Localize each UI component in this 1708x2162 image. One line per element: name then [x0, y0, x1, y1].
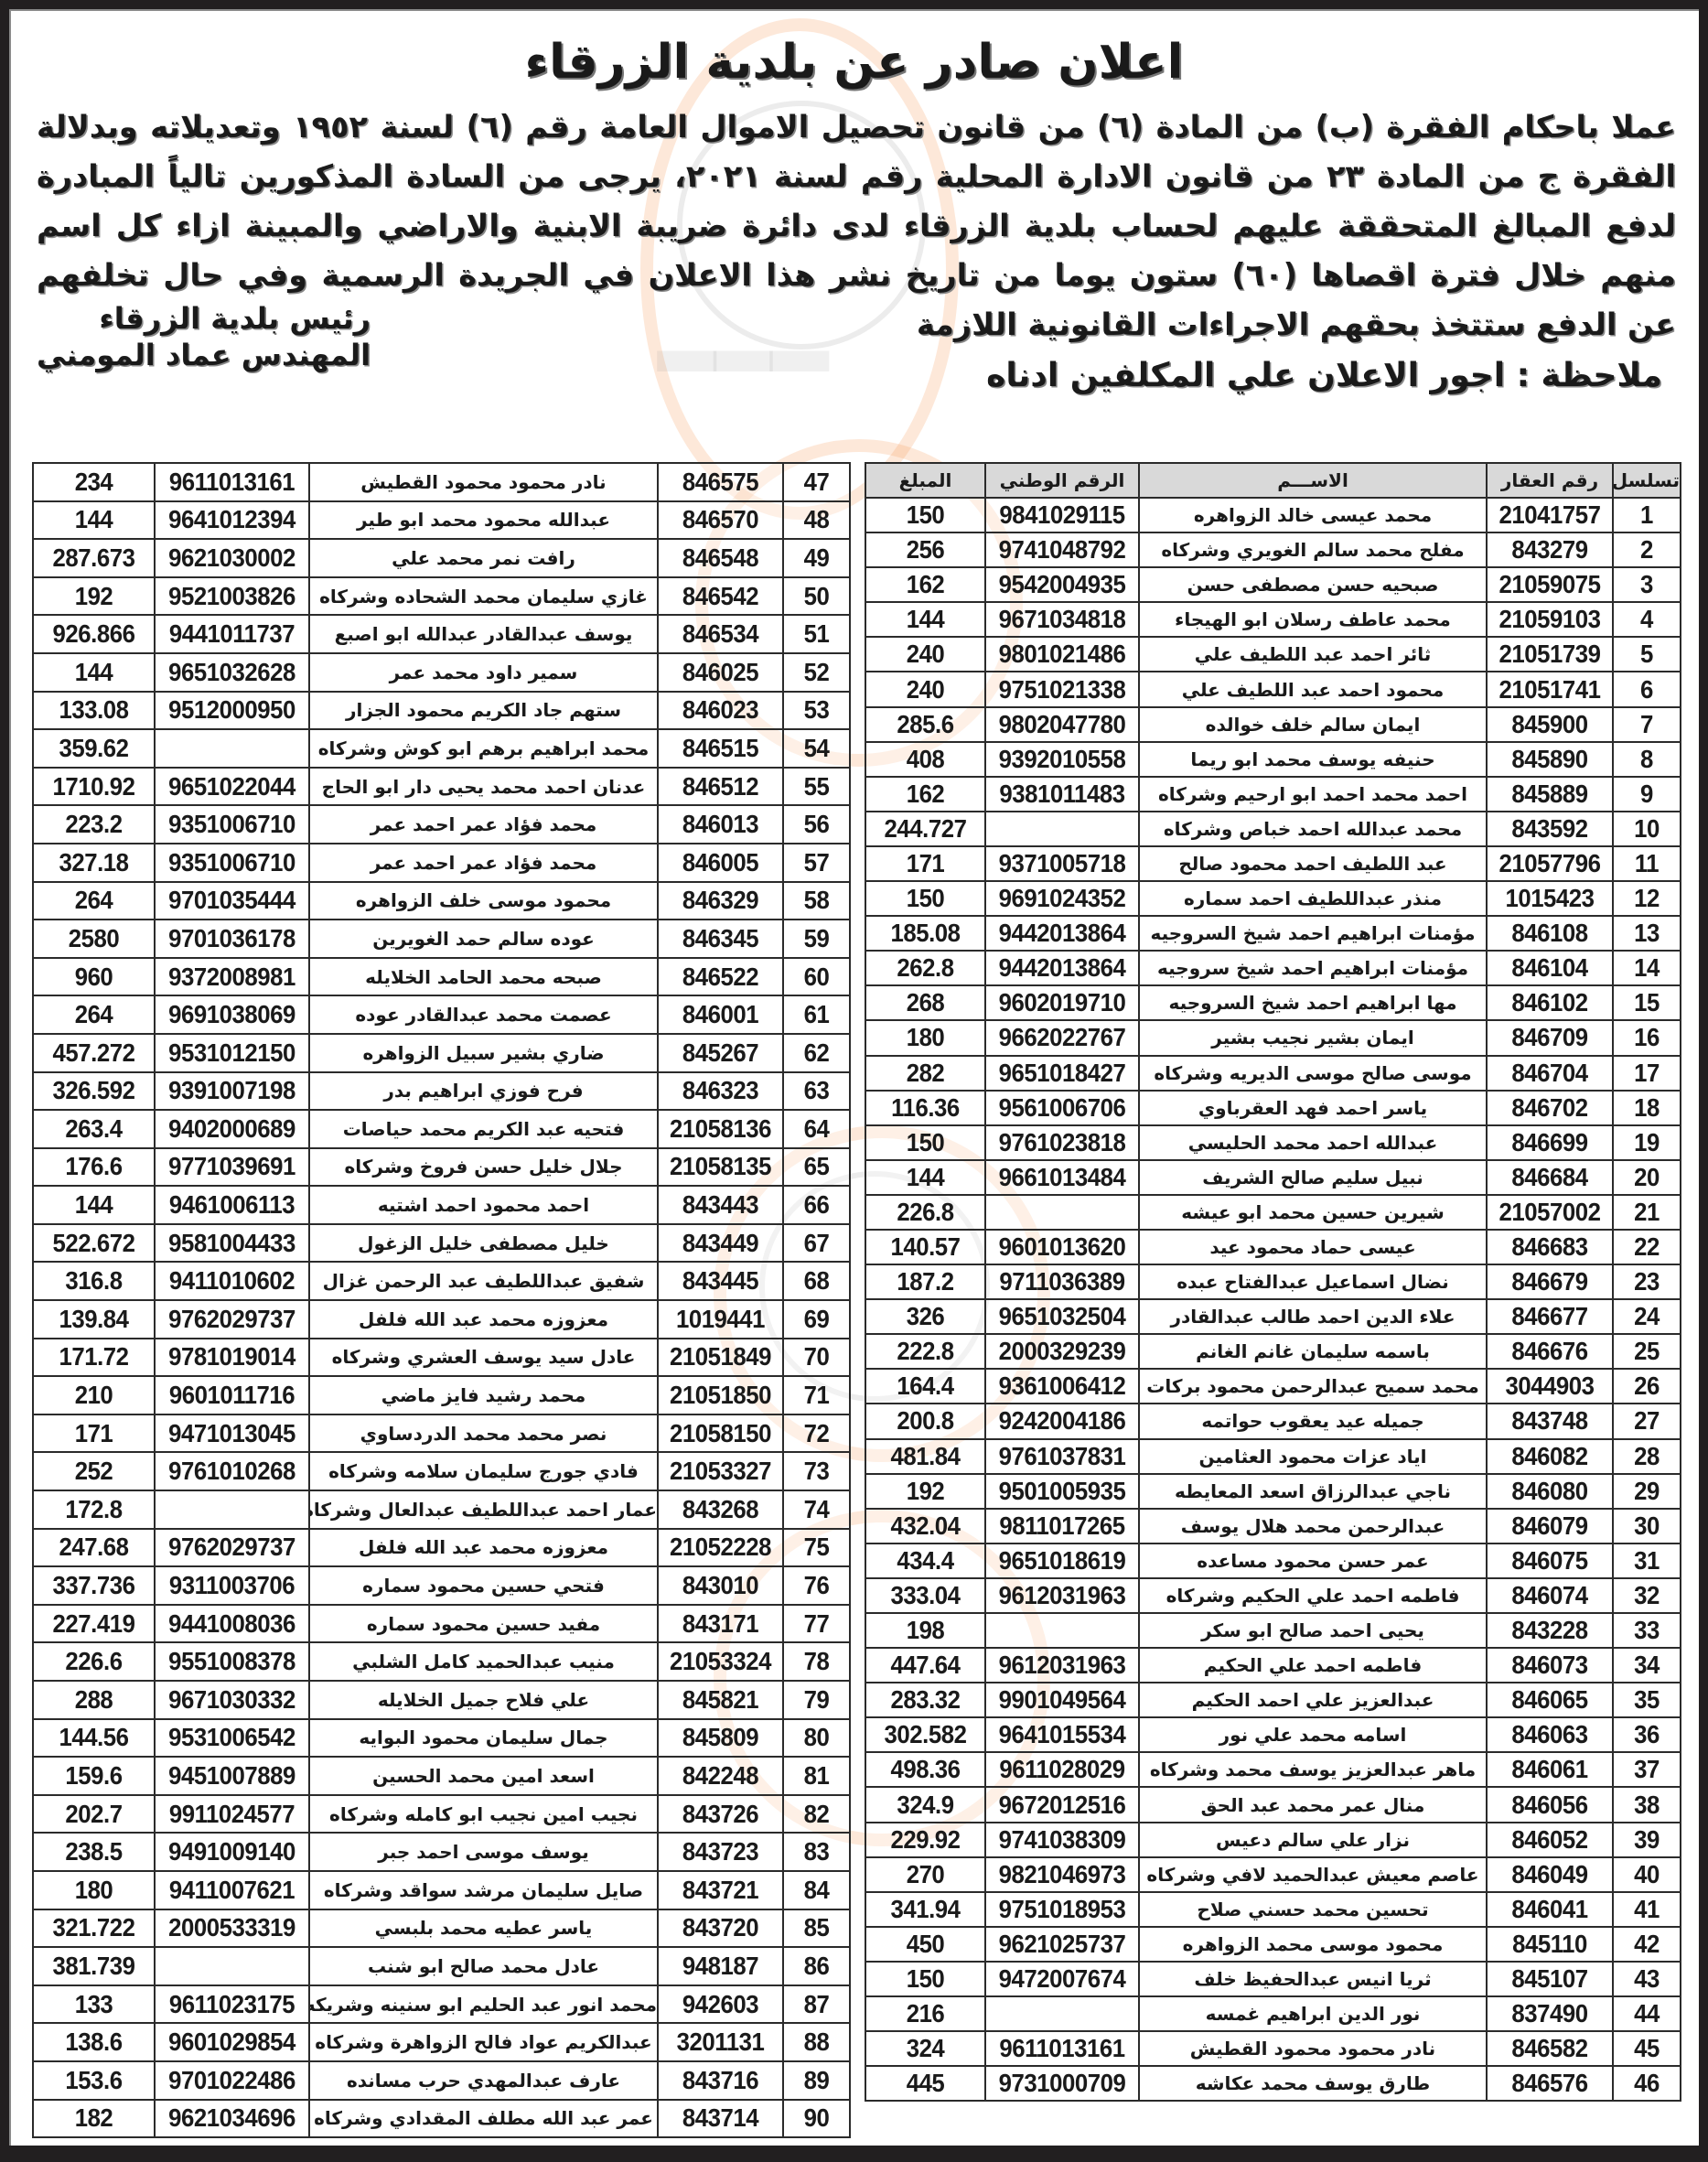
row-amount: 227.419	[38, 1605, 149, 1643]
row-seq: 46	[1616, 2066, 1678, 2101]
table-row: 621051741محمود احمد عبد اللطيف علي975102…	[865, 672, 1681, 706]
table-row: 8845890حنيفه يوسف محمد ابو ريما939201055…	[865, 742, 1681, 777]
table-row: 55846512عدنان احمد محمد يحيى دار ابو الح…	[33, 768, 850, 806]
row-amount: 138.6	[38, 2023, 149, 2061]
row-seq: 21	[1616, 1195, 1678, 1230]
row-name: ناجي عبدالرزاق اسعد المعايطه	[1139, 1474, 1487, 1509]
table-row: 7821053324منيب عبدالحميد كامل الشلبي9551…	[33, 1642, 850, 1681]
row-plot-number: 846684	[1492, 1160, 1608, 1195]
row-name: رافت نمر محمد علي	[309, 539, 658, 577]
row-amount: 150	[870, 1962, 981, 1996]
row-plot-number: 846709	[1492, 1020, 1608, 1055]
row-plot-number: 846049	[1492, 1857, 1608, 1892]
row-national-id: 9371005718	[992, 846, 1133, 881]
table-row: 67843449خليل مصطفى خليل الزغول9581004433…	[33, 1224, 850, 1263]
row-seq: 66	[786, 1186, 847, 1224]
row-amount: 210	[38, 1376, 149, 1414]
row-national-id: 9601011716	[161, 1376, 303, 1414]
row-plot-number: 846065	[1492, 1683, 1608, 1717]
row-name: عبدالرحمن محمد هلال يوسف	[1139, 1509, 1487, 1544]
row-seq: 84	[786, 1871, 847, 1909]
row-national-id: 9651018427	[992, 1056, 1133, 1091]
row-plot-number: 845889	[1492, 777, 1608, 812]
row-plot-number: 845110	[1492, 1927, 1608, 1962]
row-seq: 70	[786, 1339, 847, 1377]
row-seq: 5	[1616, 637, 1678, 672]
row-national-id: 9672012516	[992, 1787, 1133, 1822]
row-seq: 65	[786, 1148, 847, 1187]
row-seq: 48	[786, 501, 847, 540]
row-plot-number: 846075	[1492, 1544, 1608, 1578]
table-row: 53846023ستهم جاد الكريم محمود الجزار9512…	[33, 692, 850, 730]
row-national-id: 2000533319	[161, 1909, 303, 1948]
row-plot-number: 846522	[662, 958, 778, 996]
row-national-id: 9612031963	[992, 1578, 1133, 1613]
row-seq: 34	[1616, 1648, 1678, 1683]
row-national-id: 9612031963	[992, 1648, 1133, 1683]
row-national-id: 9602019710	[992, 985, 1133, 1020]
row-seq: 8	[1616, 742, 1678, 777]
row-name: فرح فوزي ابراهيم بدر	[309, 1072, 658, 1111]
table-row: 81842248اسعد امين محمد الحسين94510078891…	[33, 1757, 850, 1795]
row-national-id: 9391007198	[161, 1072, 303, 1111]
row-amount: 153.6	[38, 2061, 149, 2100]
table-row: 421059103محمد عاطف رسلان ابو الهيجاء9671…	[865, 602, 1681, 637]
row-national-id: 9501005935	[992, 1474, 1133, 1509]
table-row: 40846049عاصم معيش عبدالحميد لافي وشركاه9…	[865, 1857, 1681, 1892]
row-plot-number: 843721	[662, 1871, 778, 1909]
row-amount: 434.4	[870, 1544, 981, 1578]
row-amount: 116.36	[870, 1091, 981, 1125]
row-seq: 45	[1616, 2031, 1678, 2066]
row-name: ياسر عطيه محمد بلبسي	[309, 1909, 658, 1948]
row-seq: 2	[1616, 532, 1678, 567]
table-row: 68843445شفيق عبداللطيف عبد الرحمن غزال94…	[33, 1262, 850, 1300]
row-national-id: 9841029115	[992, 498, 1133, 532]
row-amount: 522.672	[38, 1224, 149, 1263]
row-name: محمد عبدالله احمد خباص وشركاه	[1139, 812, 1487, 846]
row-amount: 450	[870, 1927, 981, 1962]
row-national-id: 9621034696	[161, 2100, 303, 2138]
row-amount: 162	[870, 567, 981, 602]
row-national-id: 9701035444	[161, 882, 303, 920]
table-row: 691019441معزوزه محمد عبد الله فلفل976202…	[33, 1300, 850, 1339]
table-row: 66843443احمد محمود احمد اشتيه94610061131…	[33, 1186, 850, 1224]
row-seq: 23	[1616, 1264, 1678, 1299]
row-amount: 144	[38, 1186, 149, 1224]
row-plot-number: 845900	[1492, 707, 1608, 742]
table-row: 82843726نجيب امين نجيب ابو كامله وشركاه9…	[33, 1795, 850, 1834]
row-seq: 12	[1616, 881, 1678, 916]
row-national-id: 9701022486	[161, 2061, 303, 2100]
row-plot-number: 843592	[1492, 812, 1608, 846]
table-row: 7121051850محمد رشيد فايز ماضي96010117162…	[33, 1376, 850, 1414]
row-plot-number: 846676	[1492, 1334, 1608, 1369]
row-plot-number: 846080	[1492, 1474, 1608, 1509]
table-row: 50846542غازي سليمان محمد الشحاده وشركاه9…	[33, 577, 850, 616]
row-name: نزار علي سالم دعيس	[1139, 1823, 1487, 1857]
row-amount: 327.18	[38, 844, 149, 882]
row-seq: 37	[1616, 1752, 1678, 1787]
row-plot-number: 843449	[662, 1224, 778, 1263]
row-seq: 71	[786, 1376, 847, 1414]
header-name: الاســـم	[1139, 463, 1487, 498]
row-seq: 15	[1616, 985, 1678, 1020]
row-amount: 223.2	[38, 805, 149, 844]
row-name: ايمان بشير نجيب بشير	[1139, 1020, 1487, 1055]
row-seq: 40	[1616, 1857, 1678, 1892]
table-row: 24846677علاء الدين احمد طالب عبدالقادر96…	[865, 1299, 1681, 1334]
row-name: محمد سميح عبدالرحمن محمود بركات	[1139, 1369, 1487, 1404]
row-name: طارق يوسف محمد عكاشه	[1139, 2066, 1487, 2101]
row-plot-number: 21051849	[662, 1339, 778, 1377]
row-plot-number: 846534	[662, 615, 778, 653]
row-seq: 18	[1616, 1091, 1678, 1125]
row-amount: 222.8	[870, 1334, 981, 1369]
table-row: 85843720ياسر عطيه محمد بلبسي200053331932…	[33, 1909, 850, 1948]
table-row: 79845821علي فلاح جميل الخلايله9671030332…	[33, 1681, 850, 1719]
row-name: عوده سالم حمد الغويرين	[309, 920, 658, 958]
row-name: محمد رشيد فايز ماضي	[309, 1376, 658, 1414]
row-name: معزوزه محمد عبد الله فلفل	[309, 1529, 658, 1567]
row-national-id: 9601029854	[161, 2023, 303, 2061]
row-plot-number: 846082	[1492, 1439, 1608, 1474]
row-seq: 80	[786, 1719, 847, 1758]
row-plot-number: 843720	[662, 1909, 778, 1948]
row-name: فادي جورج سليمان سلامه وشركاه	[309, 1452, 658, 1490]
row-seq: 28	[1616, 1439, 1678, 1474]
table-row: 54846515محمد ابراهيم برهم ابو كوش وشركاه…	[33, 729, 850, 768]
row-plot-number: 846073	[1492, 1648, 1608, 1683]
row-national-id: 9561006706	[992, 1091, 1133, 1125]
row-national-id: 9491009140	[161, 1833, 303, 1871]
row-national-id: 9741048792	[992, 532, 1133, 567]
row-seq: 39	[1616, 1823, 1678, 1857]
signature-name: المهندس عماد المومني	[37, 337, 371, 373]
row-plot-number: 846582	[1492, 2031, 1608, 2066]
row-seq: 83	[786, 1833, 847, 1871]
row-amount: 202.7	[38, 1795, 149, 1834]
row-name: فاطمه احمد علي الحكيم	[1139, 1648, 1487, 1683]
row-name: محمود احمد عبد اللطيف علي	[1139, 672, 1487, 706]
row-name: محمد انور عبد الحليم ابو سنينه وشريكه	[309, 1985, 658, 2024]
table-row: 6421058136فتحيه عبد الكريم محمد حياصات94…	[33, 1110, 850, 1148]
row-amount: 264	[38, 882, 149, 920]
row-amount: 192	[38, 577, 149, 616]
table-row: 57846005محمد فؤاد عمر احمد عمر9351006710…	[33, 844, 850, 882]
row-amount: 171	[38, 1414, 149, 1453]
row-seq: 72	[786, 1414, 847, 1453]
row-plot-number: 3044903	[1492, 1369, 1608, 1404]
row-seq: 87	[786, 1985, 847, 2024]
row-plot-number: 843279	[1492, 532, 1608, 567]
row-name: اسعد امين محمد الحسين	[309, 1757, 658, 1795]
row-plot-number: 846005	[662, 844, 778, 882]
row-seq: 74	[786, 1490, 847, 1529]
table-row: 19846699عبدالله احمد محمد الحليسي9761023…	[865, 1125, 1681, 1160]
row-national-id: 9611013161	[992, 2031, 1133, 2066]
row-plot-number: 843171	[662, 1605, 778, 1643]
table-row: 42845110محمود موسى محمد الزواهره96210257…	[865, 1927, 1681, 1962]
row-plot-number: 845821	[662, 1681, 778, 1719]
row-national-id: 9411007621	[161, 1871, 303, 1909]
row-national-id: 9761010268	[161, 1452, 303, 1490]
table-row: 16846709ايمان بشير نجيب بشير966202276718…	[865, 1020, 1681, 1055]
row-plot-number: 846023	[662, 692, 778, 730]
row-national-id: 9581004433	[161, 1224, 303, 1263]
row-national-id: 9611013161	[161, 463, 303, 501]
row-plot-number: 21057796	[1492, 846, 1608, 881]
row-plot-number: 843748	[1492, 1404, 1608, 1438]
row-amount: 326.592	[38, 1072, 149, 1111]
row-name: عمار احمد عبداللطيف عبدالعال وشركاه	[309, 1490, 658, 1529]
row-national-id: 9472007674	[992, 1962, 1133, 1996]
row-amount: 171.72	[38, 1339, 149, 1377]
row-seq: 27	[1616, 1404, 1678, 1438]
row-national-id: 9402000689	[161, 1110, 303, 1148]
table-row: 45846582نادر محمود محمود القطيش961101316…	[865, 2031, 1681, 2066]
row-plot-number: 846576	[1492, 2066, 1608, 2101]
row-plot-number: 845809	[662, 1719, 778, 1758]
row-amount: 164.4	[870, 1369, 981, 1404]
row-name: محمد عاطف رسلان ابو الهيجاء	[1139, 602, 1487, 637]
row-seq: 6	[1616, 672, 1678, 706]
row-national-id: 9691024352	[992, 881, 1133, 916]
row-seq: 44	[1616, 1996, 1678, 2031]
table-body-left: 47846575نادر محمود محمود القطيش961101316…	[33, 463, 850, 2137]
row-seq: 10	[1616, 812, 1678, 846]
row-national-id: 9611028029	[992, 1752, 1133, 1787]
row-seq: 38	[1616, 1787, 1678, 1822]
row-seq: 73	[786, 1452, 847, 1490]
table-row: 9845889احمد محمد احمد ابو ارحيم وشركاه93…	[865, 777, 1681, 812]
table-row: 10843592محمد عبدالله احمد خباص وشركاه244…	[865, 812, 1681, 846]
row-plot-number: 846108	[1492, 916, 1608, 951]
row-national-id: 9651032504	[992, 1299, 1133, 1334]
table-body-right: 121041757محمد عيسى خالد الزواهره98410291…	[865, 498, 1681, 2101]
row-name: يوسف موسى احمد جبر	[309, 1833, 658, 1871]
row-name: مؤمنات ابراهيم احمد شيخ سروجيه	[1139, 951, 1487, 985]
row-amount: 229.92	[870, 1823, 981, 1857]
table-row: 883201131عبدالكريم عواد فالح الزواهرة وش…	[33, 2023, 850, 2061]
row-plot-number: 845890	[1492, 742, 1608, 777]
row-amount: 150	[870, 1125, 981, 1160]
row-national-id: 9691038069	[161, 995, 303, 1034]
row-national-id: 9651032628	[161, 653, 303, 692]
table-row: 7021051849عادل سيد يوسف العشري وشركاه978…	[33, 1339, 850, 1377]
row-seq: 63	[786, 1072, 847, 1111]
row-national-id: 9671030332	[161, 1681, 303, 1719]
row-amount: 283.32	[870, 1683, 981, 1717]
row-national-id: 9441008036	[161, 1605, 303, 1643]
table-row: 80845809جمال سليمان محمود البوايه9531006…	[33, 1719, 850, 1758]
table-row: 86948187عادل محمد صالح ابو شنب381.739	[33, 1947, 850, 1985]
table-row: 22846683عيسى حماد محمود عيد9601013620140…	[865, 1230, 1681, 1264]
row-seq: 29	[1616, 1474, 1678, 1509]
row-name: ماهر عبدالعزيز يوسف محمد وشركاه	[1139, 1752, 1487, 1787]
row-name: عيسى حماد محمود عيد	[1139, 1230, 1487, 1264]
row-plot-number: 846329	[662, 882, 778, 920]
row-name: منال عمر محمد عبد الحق	[1139, 1787, 1487, 1822]
table-row: 23846679نضال اسماعيل عبدالفتاح عبده97110…	[865, 1264, 1681, 1299]
row-plot-number: 846570	[662, 501, 778, 540]
row-amount: 247.68	[38, 1529, 149, 1567]
row-amount: 262.8	[870, 951, 981, 985]
row-name: نادر محمود محمود القطيش	[1139, 2031, 1487, 2066]
table-row: 61846001عصمت محمد عبدالقادر عوده96910380…	[33, 995, 850, 1034]
row-plot-number: 21053327	[662, 1452, 778, 1490]
header-national-id: الرقم الوطني	[985, 463, 1139, 498]
row-plot-number: 846013	[662, 805, 778, 844]
row-national-id: 9601013620	[992, 1230, 1133, 1264]
row-seq: 14	[1616, 951, 1678, 985]
row-amount: 144	[38, 501, 149, 540]
row-name: غازي سليمان محمد الشحاده وشركاه	[309, 577, 658, 616]
row-national-id: 9311003706	[161, 1566, 303, 1605]
row-plot-number: 846575	[662, 463, 778, 501]
row-plot-number: 846063	[1492, 1717, 1608, 1752]
row-national-id: 9351006710	[161, 805, 303, 844]
table-row: 58846329محمود موسى خلف الزواهره970103544…	[33, 882, 850, 920]
row-plot-number: 842248	[662, 1757, 778, 1795]
row-national-id: 9641012394	[161, 501, 303, 540]
row-seq: 82	[786, 1795, 847, 1834]
row-plot-number: 846061	[1492, 1752, 1608, 1787]
row-plot-number: 846679	[1492, 1264, 1608, 1299]
row-amount: 180	[870, 1020, 981, 1055]
row-amount: 159.6	[38, 1757, 149, 1795]
row-plot-number: 21051741	[1492, 672, 1608, 706]
row-name: محمود موسى خلف الزواهره	[309, 882, 658, 920]
table-row: 47846575نادر محمود محمود القطيش961101316…	[33, 463, 850, 501]
row-name: اياد عزات محمود العثامين	[1139, 1439, 1487, 1474]
row-amount: 226.6	[38, 1642, 149, 1681]
row-national-id: 9621030002	[161, 539, 303, 577]
row-national-id: 9531012150	[161, 1034, 303, 1072]
row-national-id: 9351006710	[161, 844, 303, 882]
row-name: عاصم معيش عبدالحميد لافي وشركاه	[1139, 1857, 1487, 1892]
row-national-id: 9521003826	[161, 577, 303, 616]
row-name: جلال خليل حسن فروخ وشركاه	[309, 1148, 658, 1187]
table-row: 20846684نبيل سليم صالح الشريف96610134841…	[865, 1160, 1681, 1195]
row-name: مها ابراهيم احمد شيخ السروجيه	[1139, 985, 1487, 1020]
row-name: حنيفه يوسف محمد ابو ريما	[1139, 742, 1487, 777]
row-name: عدنان احمد محمد يحيى دار ابو الحاج	[309, 768, 658, 806]
row-seq: 68	[786, 1262, 847, 1300]
row-amount: 326	[870, 1299, 981, 1334]
table-row: 87942603محمد انور عبد الحليم ابو سنينه و…	[33, 1985, 850, 2024]
row-seq: 1	[1616, 498, 1678, 532]
table-row: 29846080ناجي عبدالرزاق اسعد المعايطه9501…	[865, 1474, 1681, 1509]
row-plot-number: 846056	[1492, 1787, 1608, 1822]
table-row: 46846576طارق يوسف محمد عكاشه973100070944…	[865, 2066, 1681, 2101]
row-plot-number: 846104	[1492, 951, 1608, 985]
row-amount: 144.56	[38, 1719, 149, 1758]
row-seq: 69	[786, 1300, 847, 1339]
row-national-id: 9781019014	[161, 1339, 303, 1377]
row-national-id: 9711036389	[992, 1264, 1133, 1299]
table-row: 44837490نور الدين ابراهيم غمسه216	[865, 1996, 1681, 2031]
row-plot-number: 846677	[1492, 1299, 1608, 1334]
row-amount: 176.6	[38, 1148, 149, 1187]
row-seq: 75	[786, 1529, 847, 1567]
table-row: 2843279مفلح محمد سالم الغويري وشركاه9741…	[865, 532, 1681, 567]
row-amount: 172.8	[38, 1490, 149, 1529]
notice-title: اعلان صادر عن بلدية الزرقاء	[0, 35, 1708, 90]
row-plot-number: 843268	[662, 1490, 778, 1529]
row-name: يحيى احمد صالح ابو سكر	[1139, 1613, 1487, 1648]
row-plot-number: 837490	[1492, 1996, 1608, 2031]
row-amount: 324.9	[870, 1787, 981, 1822]
row-seq: 52	[786, 653, 847, 692]
row-name: شيرين حسين محمد ابو عيشه	[1139, 1195, 1487, 1230]
row-seq: 32	[1616, 1578, 1678, 1613]
row-name: احمد محمد احمد ابو ارحيم وشركاه	[1139, 777, 1487, 812]
row-seq: 60	[786, 958, 847, 996]
row-national-id	[161, 1490, 303, 1529]
row-seq: 54	[786, 729, 847, 768]
row-seq: 36	[1616, 1717, 1678, 1752]
row-plot-number: 843443	[662, 1186, 778, 1224]
row-amount: 252	[38, 1452, 149, 1490]
table-row: 89843716عارف عبدالمهدي حرب مسانده9701022…	[33, 2061, 850, 2100]
row-amount: 359.62	[38, 729, 149, 768]
row-amount: 226.8	[870, 1195, 981, 1230]
row-name: نجيب امين نجيب ابو كامله وشركاه	[309, 1795, 658, 1834]
row-amount: 268	[870, 985, 981, 1020]
row-amount: 182	[38, 2100, 149, 2138]
row-name: نور الدين ابراهيم غمسه	[1139, 1996, 1487, 2031]
row-name: ستهم جاد الكريم محمود الجزار	[309, 692, 658, 730]
header-amount: المبلغ	[865, 463, 985, 498]
row-national-id: 9762029737	[161, 1529, 303, 1567]
row-amount: 457.272	[38, 1034, 149, 1072]
row-national-id: 9451007889	[161, 1757, 303, 1795]
row-seq: 24	[1616, 1299, 1678, 1334]
row-plot-number: 843714	[662, 2100, 778, 2138]
table-row: 7845900ايمان سالم خلف خوالده980204778028…	[865, 707, 1681, 742]
row-seq: 59	[786, 920, 847, 958]
row-plot-number: 846548	[662, 539, 778, 577]
notice-note: ملاحظة : اجور الاعلان علي المكلفين ادناه	[986, 357, 1662, 394]
row-amount: 150	[870, 498, 981, 532]
row-plot-number: 1019441	[662, 1300, 778, 1339]
table-row: 25846676باسمه سليمان غانم الغانم20003292…	[865, 1334, 1681, 1369]
row-seq: 51	[786, 615, 847, 653]
row-amount: 381.739	[38, 1947, 149, 1985]
row-name: نصر محمد محمد الدردساوي	[309, 1414, 658, 1453]
table-row: 38846056منال عمر محمد عبد الحق9672012516…	[865, 1787, 1681, 1822]
table-row: 39846052نزار علي سالم دعيس9741038309229.…	[865, 1823, 1681, 1857]
row-amount: 140.57	[870, 1230, 981, 1264]
row-plot-number: 846542	[662, 577, 778, 616]
table-row: 76843010فتحي حسين محمود سماره93110037063…	[33, 1566, 850, 1605]
row-seq: 62	[786, 1034, 847, 1072]
table-row: 121041757محمد عيسى خالد الزواهره98410291…	[865, 498, 1681, 532]
row-amount: 337.736	[38, 1566, 149, 1605]
table-row: 48846570عبدالله محمود محمد ابو طير964101…	[33, 501, 850, 540]
row-national-id: 9611023175	[161, 1985, 303, 2024]
row-national-id: 9441011737	[161, 615, 303, 653]
row-plot-number: 846699	[1492, 1125, 1608, 1160]
row-national-id	[161, 1947, 303, 1985]
row-national-id: 9392010558	[992, 742, 1133, 777]
row-plot-number: 846515	[662, 729, 778, 768]
notice-page: اعلان صادر عن بلدية الزرقاء عملا باحكام …	[0, 0, 1708, 2162]
row-national-id: 2000329239	[992, 1334, 1133, 1369]
row-name: عمر حسن محمود مساعده	[1139, 1544, 1487, 1578]
table-header-row: تسلسل رقم العقار الاســـم الرقم الوطني ا…	[865, 463, 1681, 498]
